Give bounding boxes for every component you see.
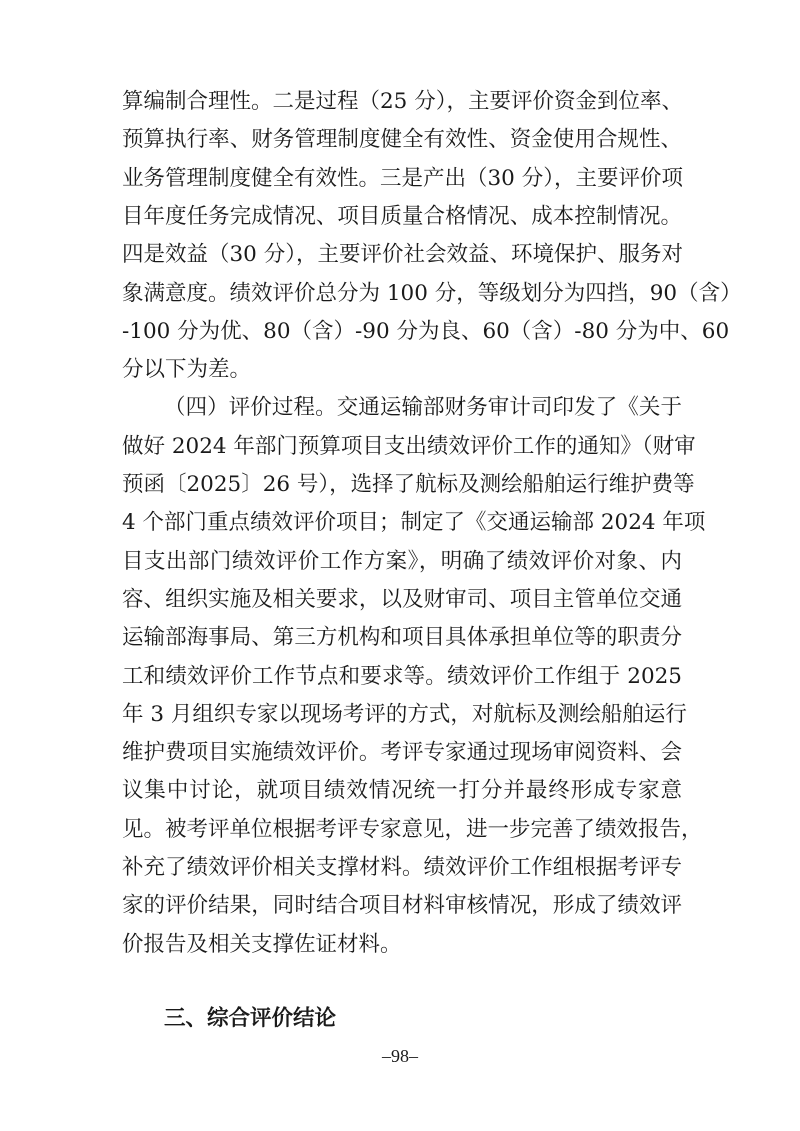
text-line: 算编制合理性。二是过程（25 分），主要评价资金到位率、 <box>122 87 682 117</box>
text-line: 价报告及相关支撑佐证材料。 <box>122 930 682 960</box>
text-line: -100 分为优、80（含）-90 分为良、60（含）-80 分为中、60 <box>122 317 682 347</box>
text-line: 四是效益（30 分），主要评价社会效益、环境保护、服务对 <box>122 240 682 270</box>
text-line: 见。被考评单位根据考评专家意见，进一步完善了绩效报告， <box>122 815 682 845</box>
text-line: 做好 2024 年部门预算项目支出绩效评价工作的通知》（财审 <box>122 432 682 462</box>
text-line: 议集中讨论，就项目绩效情况统一打分并最终形成专家意 <box>122 776 682 806</box>
text-line: 家的评价结果，同时结合项目材料审核情况，形成了绩效评 <box>122 891 682 921</box>
document-page: 算编制合理性。二是过程（25 分），主要评价资金到位率、预算执行率、财务管理制度… <box>0 0 800 1131</box>
text-line: 补充了绩效评价相关支撑材料。绩效评价工作组根据考评专 <box>122 853 682 883</box>
text-line: 容、组织实施及相关要求，以及财审司、项目主管单位交通 <box>122 585 682 615</box>
text-line: 目年度任务完成情况、项目质量合格情况、成本控制情况。 <box>122 202 682 232</box>
text-line: 预函〔2025〕26 号），选择了航标及测绘船舶运行维护费等 <box>122 470 682 500</box>
text-line: 运输部海事局、第三方机构和项目具体承担单位等的职责分 <box>122 623 682 653</box>
text-line: 预算执行率、财务管理制度健全有效性、资金使用合规性、 <box>122 125 682 155</box>
text-line: 业务管理制度健全有效性。三是产出（30 分），主要评价项 <box>122 164 682 194</box>
text-line: 4 个部门重点绩效评价项目；制定了《交通运输部 2024 年项 <box>122 508 682 538</box>
text-line: 年 3 月组织专家以现场考评的方式，对航标及测绘船舶运行 <box>122 700 682 730</box>
text-line: 目支出部门绩效评价工作方案》，明确了绩效评价对象、内 <box>122 547 682 577</box>
section-heading: 三、综合评价结论 <box>164 1004 336 1034</box>
text-line: 维护费项目实施绩效评价。考评专家通过现场审阅资料、会 <box>122 738 682 768</box>
text-line: 分以下为差。 <box>122 355 682 385</box>
page-number: –98– <box>0 1046 800 1067</box>
text-line: （四）评价过程。交通运输部财务审计司印发了《关于 <box>164 393 682 423</box>
text-line: 工和绩效评价工作节点和要求等。绩效评价工作组于 2025 <box>122 662 682 692</box>
text-line: 象满意度。绩效评价总分为 100 分，等级划分为四挡，90（含） <box>122 279 682 309</box>
